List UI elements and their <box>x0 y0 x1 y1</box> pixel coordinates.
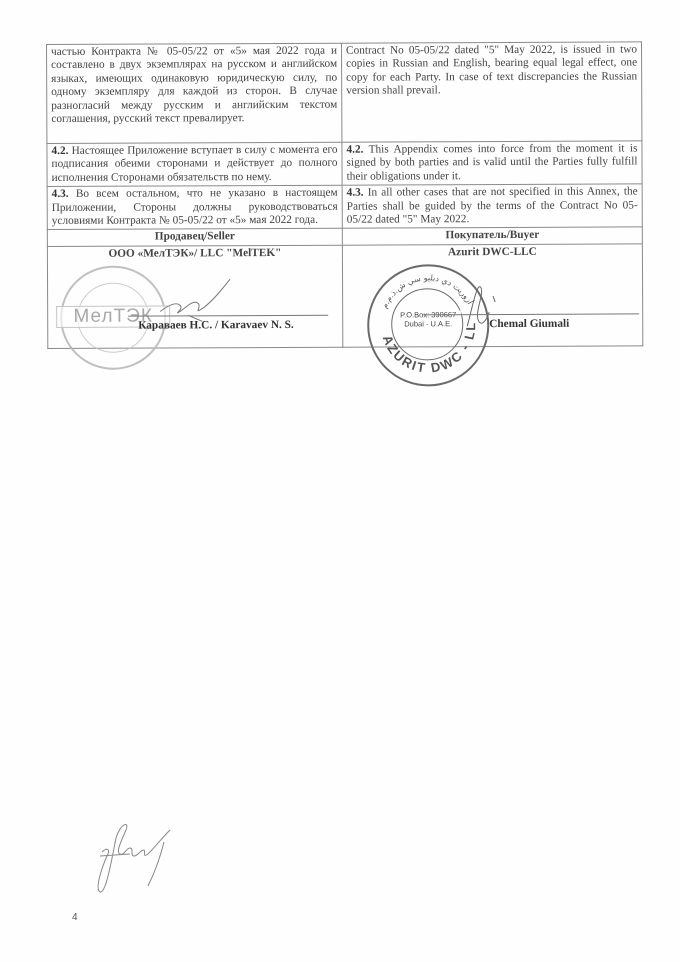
clause-4-3-ru: 4.3. Во всем остальном, что не указано в… <box>47 185 342 230</box>
buyer-signature-block: P.O.Box: 390667 Dubai - U.A.E. AZURIT DW… <box>342 260 642 348</box>
clause-4-2-en: 4.2. This Appendix comes into force from… <box>342 141 642 186</box>
buyer-signatory: Chemal Giumali <box>489 318 569 332</box>
clause-text: This Appendix comes into force from the … <box>346 142 637 182</box>
buyer-signature-line <box>423 314 639 316</box>
table-row: 4.2. Настоящее Приложение вступает в сил… <box>47 141 642 187</box>
document-page: частью Контракта № 05-05/22 от «5» мая 2… <box>0 0 680 962</box>
seller-role-heading: Продавец/Seller <box>47 229 342 247</box>
buyer-company: Azurit DWC-LLC <box>342 244 642 261</box>
clause-number: 4.3. <box>52 188 69 200</box>
buyer-role-heading: Покупатель/Buyer <box>342 227 642 245</box>
clause-number: 4.3. <box>347 187 364 199</box>
clause-text: Contract No 05-05/22 dated "5" May 2022,… <box>346 43 637 96</box>
clause-text: частью Контракта № 05-05/22 от «5» мая 2… <box>51 45 337 125</box>
table-row: 4.3. Во всем остальном, что не указано в… <box>47 184 642 230</box>
clause-4-1-ru: частью Контракта № 05-05/22 от «5» мая 2… <box>47 43 342 143</box>
seller-stamp-icon: МелТЭК <box>60 266 166 370</box>
contract-appendix-table: частью Контракта № 05-05/22 от «5» мая 2… <box>46 41 643 349</box>
clause-number: 4.2. <box>346 144 363 156</box>
page-number: 4 <box>72 912 78 923</box>
seller-company: ООО «МелТЭК»/ LLC "MelTEK" <box>47 245 342 262</box>
seller-signatory: Караваев Н.С. / Karavaev N. S. <box>138 319 294 333</box>
clause-text: In all other cases that are not specifie… <box>347 186 638 226</box>
clause-number: 4.2. <box>51 145 68 157</box>
clause-4-1-en: Contract No 05-05/22 dated "5" May 2022,… <box>341 42 641 142</box>
seller-signature-icon <box>158 275 238 325</box>
page-initials-signature-icon <box>90 818 180 898</box>
seller-signature-block: МелТЭК Караваев Н.С. / Karavaev N. S. <box>47 261 342 349</box>
table-row: частью Контракта № 05-05/22 от «5» мая 2… <box>47 42 642 144</box>
clause-text: Во всем остальном, что не указано в наст… <box>52 187 338 227</box>
table-row: МелТЭК Караваев Н.С. / Karavaev N. S. P.… <box>47 260 642 349</box>
clause-4-2-ru: 4.2. Настоящее Приложение вступает в сил… <box>47 142 342 187</box>
svg-text:أزوريت دي دبليو سي ش.ذ.م.م: أزوريت دي دبليو سي ش.ذ.م.م <box>380 273 476 310</box>
clause-4-3-en: 4.3. In all other cases that are not spe… <box>342 184 642 229</box>
clause-text: Настоящее Приложение вступает в силу с м… <box>51 144 337 184</box>
